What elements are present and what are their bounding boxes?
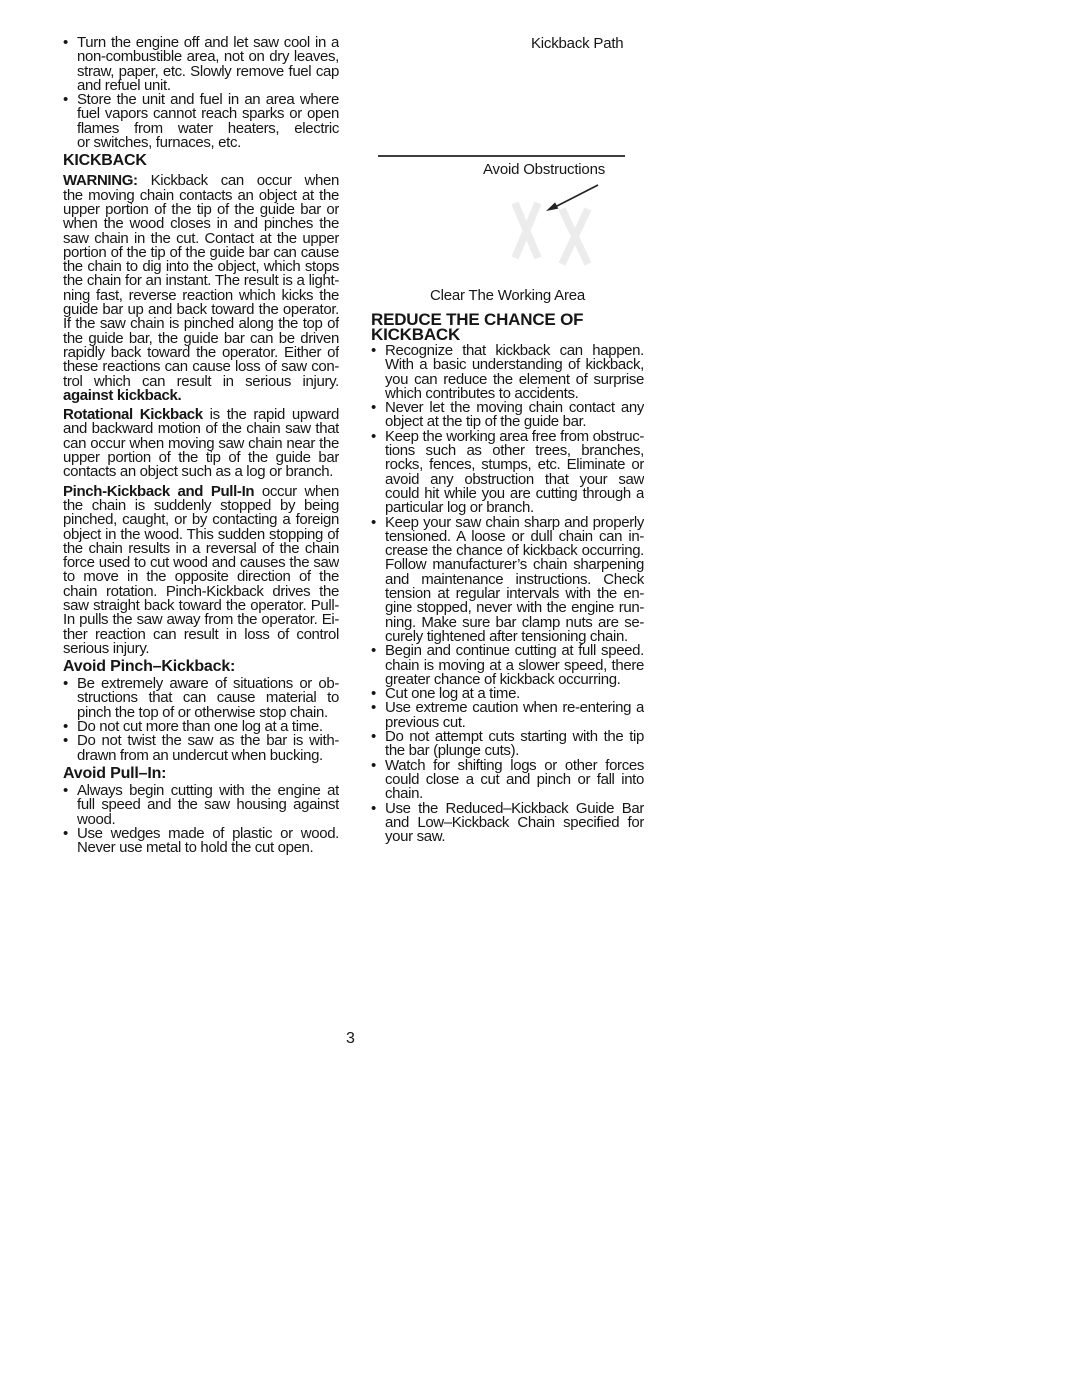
bullet-text: Use the Reduced–Kickback Guide Barand Lo… (385, 802, 644, 845)
text-line: the chain for an instant. The result is … (63, 274, 339, 288)
text-line: against kickback. (63, 389, 339, 403)
text-line: flames from water heaters, electric moto… (77, 122, 339, 136)
bullet-item: •Use wedges made of plastic or wood.Neve… (63, 827, 339, 856)
right-column: Kickback Path Avoid Obstructions Clear T… (371, 30, 644, 844)
paragraph: Rotational Kickback is the rapid upwarda… (63, 408, 339, 479)
text-line: ning. Make sure bar clamp nuts are se- (385, 616, 644, 630)
text-line: chain rotation. Pinch-Kickback drives th… (63, 585, 339, 599)
bullet-text: Turn the engine off and let saw cool in … (77, 36, 339, 93)
text-line: and backward motion of the chain saw tha… (63, 422, 339, 436)
text-line: pinched, caught, or by contacting a fore… (63, 513, 339, 527)
bullet-marker: • (371, 430, 385, 516)
text-line: drawn from an undercut when bucking. (77, 749, 339, 763)
text-line: upper portion of the tip of the guide ba… (63, 203, 339, 217)
text-line: pinch the top of or otherwise stop chain… (77, 706, 339, 720)
bullet-marker: • (371, 701, 385, 730)
bullet-item: •Recognize that kickback can happen.With… (371, 344, 644, 401)
text-line: force used to cut wood and causes the sa… (63, 556, 339, 570)
bullet-marker: • (63, 784, 77, 827)
paragraph: WARNING: Kickback can occur whenthe movi… (63, 174, 339, 403)
text-line: crease the chance of kickback occurring. (385, 544, 644, 558)
text-line: to move in the opposite direction of the (63, 570, 339, 584)
text-line: With a basic understanding of kickback, (385, 358, 644, 372)
text-line: the bar (plunge cuts). (385, 744, 644, 758)
figure-caption-avoid-obstructions: Avoid Obstructions (483, 162, 644, 177)
text-line: particular log or branch. (385, 501, 644, 515)
text-line: Watch for shifting logs or other forces … (385, 759, 644, 773)
text-line: Use extreme caution when re-entering a (385, 701, 644, 715)
bullet-text: Recognize that kickback can happen.With … (385, 344, 644, 401)
text-line: contacts an object such as a log or bran… (63, 465, 339, 479)
text-line: Keep the working area free from obstruc- (385, 430, 644, 444)
bullet-item: •Keep the working area free from obstruc… (371, 430, 644, 516)
bullet-marker: • (63, 827, 77, 856)
bullet-item: •Turn the engine off and let saw cool in… (63, 36, 339, 93)
text-line: wood. (77, 813, 339, 827)
text-line: object in the wood. This sudden stopping… (63, 528, 339, 542)
text-line: Never let the moving chain contact any (385, 401, 644, 415)
text-line: Do not attempt cuts starting with the ti… (385, 730, 644, 744)
text-line: the chain to dig into the object, which … (63, 260, 339, 274)
section-heading: KICKBACK (63, 153, 339, 169)
bullet-text: Cut one log at a time. (385, 687, 644, 701)
bullet-item: •Begin and continue cutting at full spee… (371, 644, 644, 687)
bullet-marker: • (371, 516, 385, 645)
text-line: portion of the tip of the guide bar can … (63, 246, 339, 260)
bullet-item: •Always begin cutting with the engine at… (63, 784, 339, 827)
text-line: Turn the engine off and let saw cool in … (77, 36, 339, 50)
section-heading: Avoid Pinch–Kickback: (63, 659, 339, 675)
text-line: Begin and continue cutting at full speed… (385, 644, 644, 658)
section-heading-reduce-kickback: REDUCE THE CHANCE OFKICKBACK (371, 312, 644, 342)
text-line: serious injury. (63, 642, 339, 656)
bullet-text: Begin and continue cutting at full speed… (385, 644, 644, 687)
text-line: Do not cut more than one log at a time. (77, 720, 339, 734)
text-line: fuel vapors cannot reach sparks or open (77, 107, 339, 121)
bullet-marker: • (371, 644, 385, 687)
bullet-marker: • (371, 759, 385, 802)
text-line: tension at regular intervals with the en… (385, 587, 644, 601)
figure-divider-line (378, 155, 625, 157)
text-line: upper portion of the tip of the guide ba… (63, 451, 339, 465)
text-line: could hit while you are cutting through … (385, 487, 644, 501)
bullet-item: •Keep your saw chain sharp and properlyt… (371, 516, 644, 645)
text-line: could close a cut and pinch or fall into (385, 773, 644, 787)
text-line: curely tightened after tensioning chain. (385, 630, 644, 644)
text-line: can occur when moving saw chain near the (63, 437, 339, 451)
page-number: 3 (346, 1030, 355, 1048)
bullet-item: •Do not cut more than one log at a time. (63, 720, 339, 734)
text-line: Be extremely aware of situations or ob- (77, 677, 339, 691)
text-line: Do not twist the saw as the bar is with- (77, 734, 339, 748)
text-line: rocks, fences, stumps, etc. Eliminate or (385, 458, 644, 472)
text-line: the guide bar, the guide bar can be driv… (63, 332, 339, 346)
text-line: Always begin cutting with the engine at (77, 784, 339, 798)
bullet-text: Do not cut more than one log at a time. (77, 720, 339, 734)
section-heading-line: REDUCE THE CHANCE OF (371, 312, 644, 327)
bullet-text: Store the unit and fuel in an area where… (77, 93, 339, 150)
text-line: Rotational Kickback is the rapid upward (63, 408, 339, 422)
bullet-text: Do not twist the saw as the bar is with-… (77, 734, 339, 763)
text-line: non-combustible area, not on dry leaves, (77, 50, 339, 64)
text-line: guide bar up and back toward the operato… (63, 303, 339, 317)
bullet-marker: • (371, 401, 385, 430)
text-line: straw, paper, etc. Slowly remove fuel ca… (77, 65, 339, 79)
text-line: chain. (385, 787, 644, 801)
bullet-text: Watch for shifting logs or other forces … (385, 759, 644, 802)
x-marks-watermark (511, 201, 593, 267)
text-line: Use the Reduced–Kickback Guide Bar (385, 802, 644, 816)
bullet-item: •Store the unit and fuel in an area wher… (63, 93, 339, 150)
text-line: structions that can cause material to (77, 691, 339, 705)
right-column-bullets: •Recognize that kickback can happen.With… (371, 344, 644, 844)
section-heading: Avoid Pull–In: (63, 766, 339, 782)
bullet-text: Do not attempt cuts starting with the ti… (385, 730, 644, 759)
bullet-item: •Use the Reduced–Kickback Guide Barand L… (371, 802, 644, 845)
bullet-text: Always begin cutting with the engine atf… (77, 784, 339, 827)
text-line: Cut one log at a time. (385, 687, 644, 701)
text-line: the moving chain contacts an object at t… (63, 189, 339, 203)
text-line: Follow manufacturer’s chain sharpening (385, 558, 644, 572)
bullet-marker: • (63, 36, 77, 93)
figure-kickback-path: Kickback Path (371, 30, 644, 155)
bullet-text: Keep your saw chain sharp and properlyte… (385, 516, 644, 645)
bullet-text: Keep the working area free from obstruc-… (385, 430, 644, 516)
text-line: and Low–Kickback Chain specified for (385, 816, 644, 830)
text-line: these reactions can cause loss of saw co… (63, 360, 339, 374)
text-line: Store the unit and fuel in an area where (77, 93, 339, 107)
bullet-item: •Watch for shifting logs or other forces… (371, 759, 644, 802)
text-line: or switches, furnaces, etc. (77, 136, 339, 150)
text-line: saw chain in the cut. Contact at the upp… (63, 232, 339, 246)
text-line: saw straight back toward the operator. P… (63, 599, 339, 613)
bullet-item: •Do not attempt cuts starting with the t… (371, 730, 644, 759)
bullet-item: •Never let the moving chain contact anyo… (371, 401, 644, 430)
text-line: Pinch-Kickback and Pull-In occur when (63, 485, 339, 499)
text-line: you can reduce the element of surprise (385, 373, 644, 387)
text-line: tensioned. A loose or dull chain can in- (385, 530, 644, 544)
text-line: trol which can result in serious injury.… (63, 375, 339, 389)
text-line: rapidly back toward the operator. Either… (63, 346, 339, 360)
bullet-text: Use extreme caution when re-entering apr… (385, 701, 644, 730)
text-line: WARNING: Kickback can occur when (63, 174, 339, 188)
bullet-item: •Be extremely aware of situations or ob-… (63, 677, 339, 720)
text-line: avoid any obstruction that your saw chai… (385, 473, 644, 487)
figure-caption-clear-working-area: Clear The Working Area (371, 288, 644, 303)
bullet-marker: • (63, 734, 77, 763)
text-line: In pulls the saw away from the operator.… (63, 613, 339, 627)
text-line: full speed and the saw housing against (77, 798, 339, 812)
bullet-marker: • (371, 344, 385, 401)
text-line: when the wood closes in and pinches the (63, 217, 339, 231)
bullet-text: Use wedges made of plastic or wood.Never… (77, 827, 339, 856)
text-line: greater chance of kickback occurring. (385, 673, 644, 687)
text-line: Recognize that kickback can happen. (385, 344, 644, 358)
bullet-text: Be extremely aware of situations or ob-s… (77, 677, 339, 720)
text-line: the chain results in a reversal of the c… (63, 542, 339, 556)
text-line: Keep your saw chain sharp and properly (385, 516, 644, 530)
text-line: object at the tip of the guide bar. (385, 415, 644, 429)
text-line: and refuel unit. (77, 79, 339, 93)
bullet-item: •Cut one log at a time. (371, 687, 644, 701)
text-line: the chain is suddenly stopped by being (63, 499, 339, 513)
text-line: Never use metal to hold the cut open. (77, 841, 339, 855)
bullet-marker: • (371, 730, 385, 759)
text-line: which contributes to accidents. (385, 387, 644, 401)
bullet-text: Never let the moving chain contact anyob… (385, 401, 644, 430)
paragraph: Pinch-Kickback and Pull-In occur whenthe… (63, 485, 339, 657)
text-line: previous cut. (385, 716, 644, 730)
text-line: If the saw chain is pinched along the to… (63, 317, 339, 331)
text-line: gine stopped, never with the engine run- (385, 601, 644, 615)
bullet-marker: • (371, 802, 385, 845)
text-line: ther reaction can result in loss of cont… (63, 628, 339, 642)
manual-page: •Turn the engine off and let saw cool in… (0, 0, 1080, 1397)
left-column: •Turn the engine off and let saw cool in… (63, 36, 339, 855)
text-line: Use wedges made of plastic or wood. (77, 827, 339, 841)
bullet-marker: • (63, 93, 77, 150)
text-line: and maintenance instructions. Check (385, 573, 644, 587)
text-line: chain is moving at a slower speed, there… (385, 659, 644, 673)
bullet-item: •Do not twist the saw as the bar is with… (63, 734, 339, 763)
bullet-item: •Use extreme caution when re-entering ap… (371, 701, 644, 730)
figure-caption-kickback-path: Kickback Path (371, 30, 644, 51)
text-line: ning fast, reverse reaction which kicks … (63, 289, 339, 303)
text-line: your saw. (385, 830, 644, 844)
text-line: tions such as other trees, branches, (385, 444, 644, 458)
bullet-marker: • (63, 677, 77, 720)
section-heading-line: KICKBACK (371, 327, 644, 342)
figure-avoid-obstructions-art (371, 177, 644, 283)
